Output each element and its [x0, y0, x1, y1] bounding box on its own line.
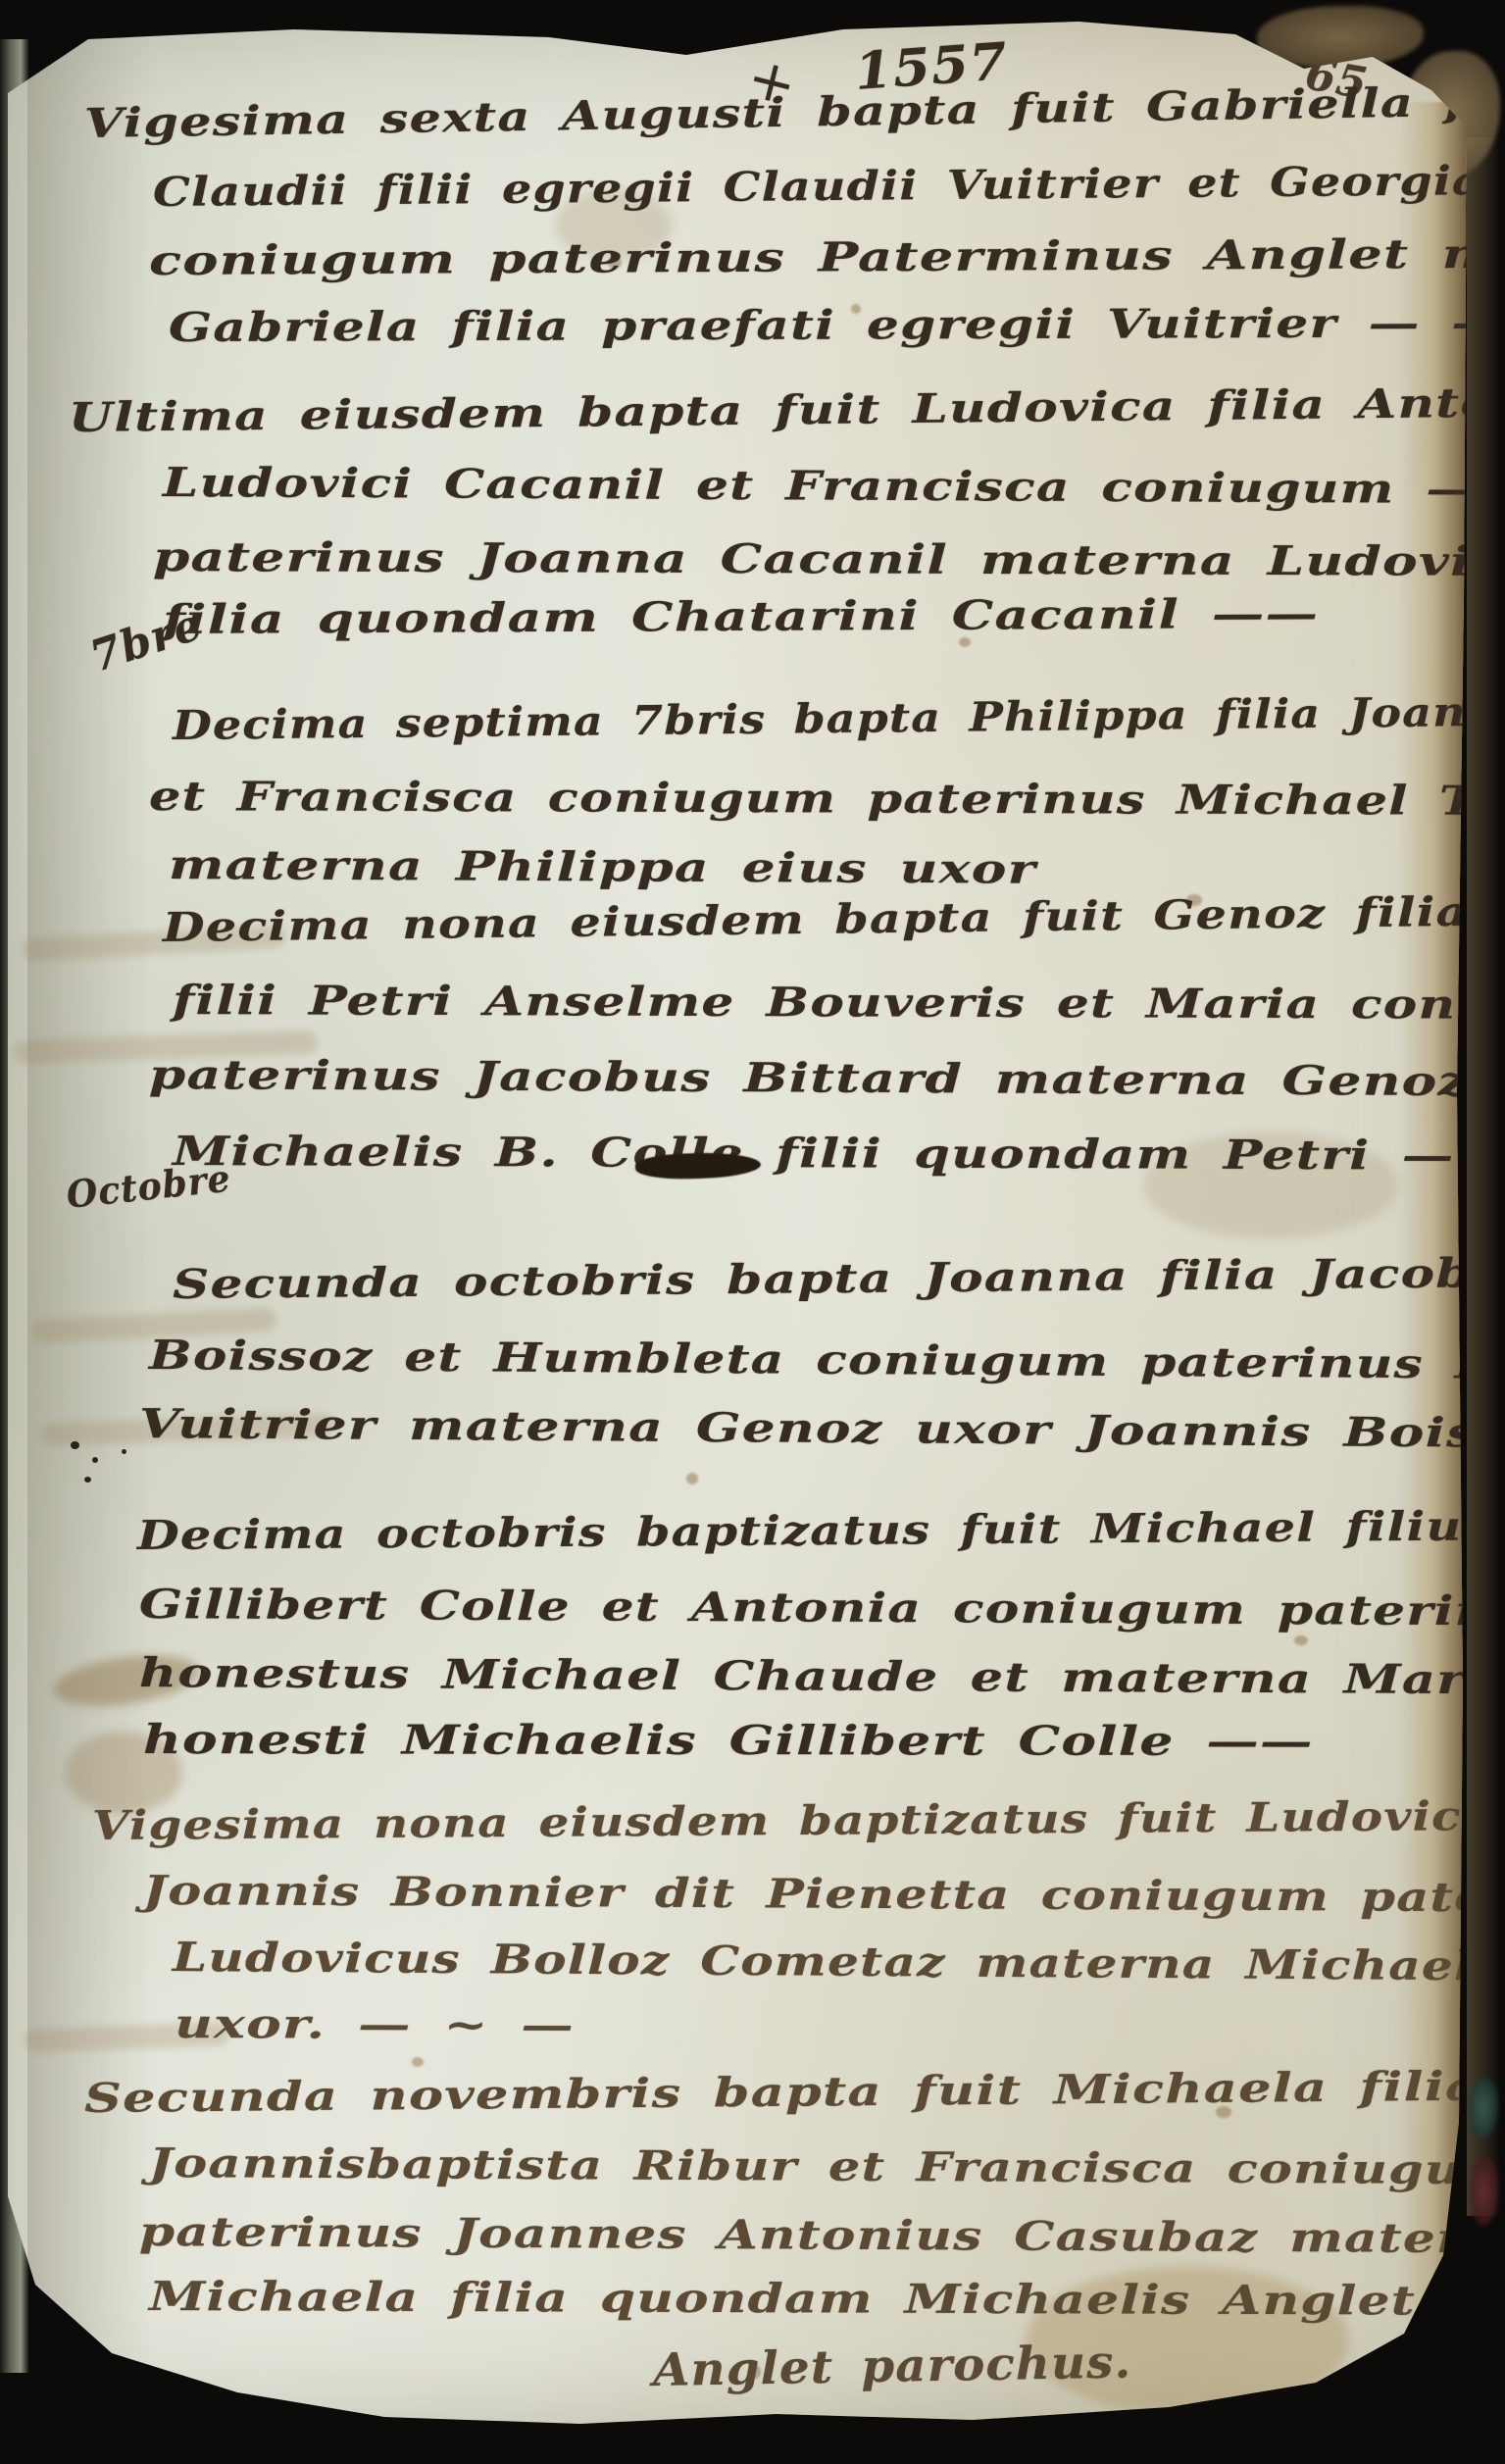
record-line: Joannisbaptista Ribur et Francisca coniu… [149, 2143, 1505, 2190]
record-line: Michaela filia quondam Michaelis Anglet … [149, 2277, 1499, 2322]
record-line: Ultima eiusdem bapta fuit Ludovica filia… [69, 382, 1505, 438]
ink-spatter [122, 1449, 126, 1454]
record-line: Secunda novembris bapta fuit Michaela fi… [84, 2066, 1505, 2119]
record-line: Claudii filii egregii Claudii Vuitrier e… [153, 161, 1483, 213]
gutter-shadow [27, 14, 155, 2432]
ink-spatter [84, 1477, 91, 1483]
record-line: Decima septima 7bris bapta Philippa fili… [173, 689, 1505, 746]
record-line: et Francisca coniugum paterinus Michael … [149, 777, 1505, 823]
record-line: Secunda octobris bapta Joanna filia Jaco… [173, 1253, 1505, 1305]
record-line: Michaelis B. Colle filii quondam Petri — [173, 1131, 1455, 1177]
foxing-spot [412, 2057, 424, 2067]
record-line: filia quondam Chatarini Cacanil —— [163, 594, 1319, 640]
ink-spatter [92, 1457, 98, 1463]
record-line: Decima octobris baptizatus fuit Michael … [137, 1505, 1505, 1556]
manuscript-page: + 1557 65 7bre Octobre Vigesima sexta Au… [6, 14, 1473, 2432]
record-line: Vigesima nona eiusdem baptizatus fuit Lu… [92, 1795, 1505, 1846]
parish-signature: Anglet parochus. [653, 2338, 1132, 2392]
record-line: Gabriela filia praefati egregii Vuitrier… [169, 303, 1504, 348]
record-line: honestus Michael Chaude et materna Maria… [139, 1653, 1505, 1701]
foxing-spot [1294, 1635, 1308, 1645]
record-line: Ludovici Cacanil et Francisca coniugum — [163, 463, 1479, 510]
record-line: filii Petri Anselme Bouveris et Maria co… [173, 981, 1505, 1026]
record-line: Decima nona eiusdem bapta fuit Genoz fil… [163, 888, 1505, 948]
record-line: Ludovicus Bolloz Cometaz materna Michael… [173, 1937, 1505, 1988]
record-line: paterinus Joannes Antonius Casubaz mater… [139, 2212, 1505, 2259]
record-line: Boissoz et Humbleta coniugum paterinus M… [149, 1335, 1505, 1386]
record-line: materna Philippa eius uxor [169, 845, 1036, 890]
record-line: Gillibert Colle et Antonia coniugum pate… [139, 1584, 1505, 1633]
record-line: Vigesima sexta Augusti bapta fuit Gabrie… [84, 80, 1505, 144]
foxing-spot [686, 1473, 698, 1484]
record-line: coniugum paterinus Paterminus Anglet mat… [149, 233, 1505, 281]
record-line: honesti Michaelis Gillibert Colle —— [143, 1720, 1314, 1762]
record-line: Vuitrier materna Genoz uxor Joannis Bois… [139, 1404, 1505, 1455]
record-line: paterinus Jacobus Bittard materna Genoz … [149, 1055, 1505, 1103]
record-line: uxor. — ~ — [175, 2004, 575, 2045]
book-fore-edge-right [1467, 137, 1500, 2216]
ink-spatter [71, 1441, 79, 1449]
record-line: paterinus Joanna Cacanil materna Ludovic… [153, 537, 1505, 582]
record-line: Joannis Bonnier dit Pienetta coniugum pa… [143, 1871, 1505, 1919]
